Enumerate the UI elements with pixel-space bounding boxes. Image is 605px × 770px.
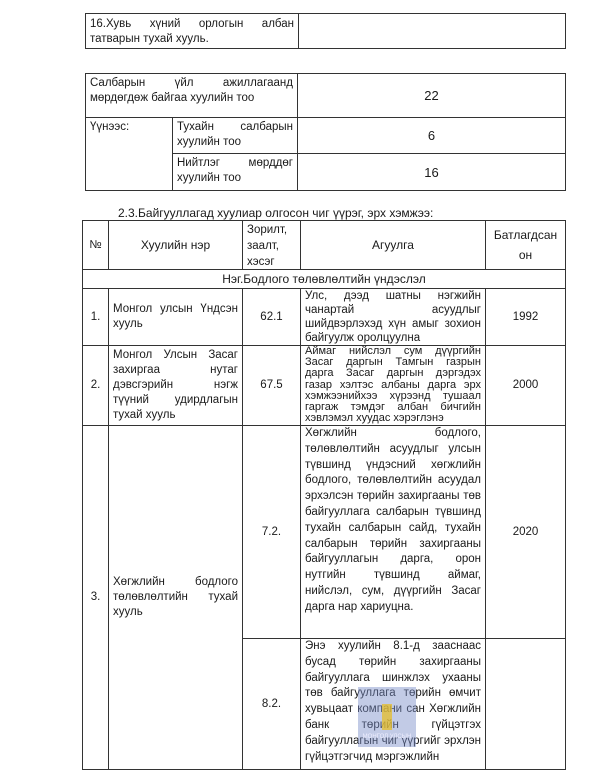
law-16-value-cell (298, 13, 566, 49)
watermark-text: МОНГОЛ УЛСЫН (363, 734, 412, 741)
header-num: № (82, 220, 109, 270)
header-article: Зорилт, заалт, хэсэг (242, 220, 301, 270)
row-1-content: Улс, дээд шатны нэгжийн чанартай асуудлы… (300, 288, 486, 346)
row-2-num: 2. (82, 345, 109, 426)
of-which-label: Үүнээс: (85, 117, 173, 191)
sector-laws-value: 6 (297, 117, 566, 154)
common-laws-label: Нийтлэг мөрддөг хуулийн тоо (172, 153, 298, 191)
row-3-law-name: Хөгжлийн бодлого төлөвлөлтийн тухай хуул… (108, 425, 243, 770)
section-row: Нэг.Бодлого төлөвлөлтийн үндэслэл (82, 269, 566, 289)
header-year: Батлагдсан он (485, 220, 566, 270)
row-2-year: 2000 (485, 345, 566, 426)
common-laws-value: 16 (297, 153, 566, 191)
row-1-num: 1. (82, 288, 109, 346)
row-3-num: 3. (82, 425, 109, 770)
header-law-name: Хуулийн нэр (108, 220, 243, 270)
soyombo-icon (382, 704, 392, 730)
law-16-label-cell: 16.Хувь хүний орлогын албан татварын тух… (85, 13, 299, 49)
row-2-content: Аймаг нийслэл сум дүүргийн Засаг даргын … (300, 345, 486, 426)
row-1-year: 1992 (485, 288, 566, 346)
row-3-sub-1-article: 7.2. (242, 425, 301, 639)
row-2-law-name: Монгол Улсын Засаг захиргаа нутаг дэвсгэ… (108, 345, 243, 426)
row-1-article: 62.1 (242, 288, 301, 346)
row-1-law-name: Монгол улсын Үндсэн хууль (108, 288, 243, 346)
row-3-sub-1-content: Хөгжлийн бодлого, төлөвлөлтийн асуудлыг … (300, 425, 486, 639)
total-laws-value: 22 (297, 73, 566, 118)
row-3-sub-2-article: 8.2. (242, 638, 301, 770)
row-3-sub-1-year: 2020 (485, 425, 566, 639)
row-2-article: 67.5 (242, 345, 301, 426)
header-content: Агуулга (300, 220, 486, 270)
row-3-sub-2-year (485, 638, 566, 770)
section-title: 2.3.Байгууллагад хуулиар олгосон чиг үүр… (118, 206, 433, 220)
sector-laws-label: Тухайн салбарын хуулийн тоо (172, 117, 298, 154)
total-laws-label: Салбарын үйл ажиллагаанд мөрдөгдөж байга… (85, 73, 298, 118)
soyombo-watermark: МОНГОЛ УЛСЫН (358, 687, 416, 747)
